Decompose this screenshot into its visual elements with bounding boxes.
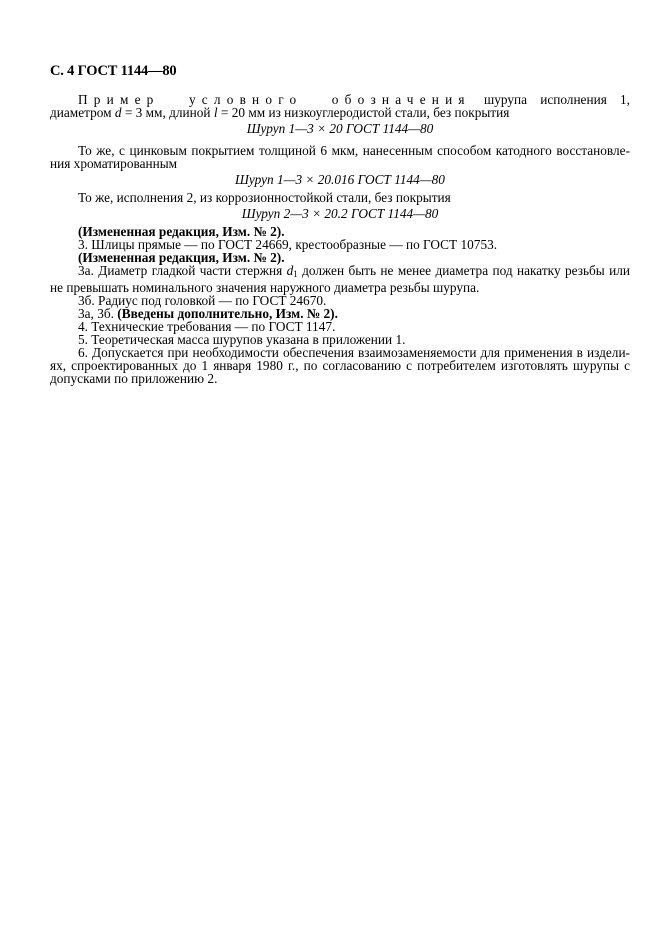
stainless-paragraph: То же, исполнения 2, из коррозионностойк… <box>50 191 630 204</box>
zinc-coating-paragraph: То же, с цинковым покрытием толщиной 6 м… <box>50 144 630 170</box>
designation-example-2: Шуруп 1—3 × 20.016 ГОСТ 1144—80 <box>50 170 630 191</box>
document-body: Пример условного обозначения шурупа испо… <box>50 93 630 385</box>
item-6: 6. Допускается при необходимости обеспеч… <box>50 346 630 385</box>
item-3a: 3а. Диаметр гладкой части стержня d1 дол… <box>50 264 630 294</box>
designation-example-3: Шуруп 2—3 × 20.2 ГОСТ 1144—80 <box>50 204 630 225</box>
example-paragraph: Пример условного обозначения шурупа испо… <box>50 93 630 119</box>
page-header: С. 4 ГОСТ 1144—80 <box>50 63 176 80</box>
designation-example-1: Шуруп 1—3 × 20 ГОСТ 1144—80 <box>50 119 630 140</box>
variable-d: d <box>115 105 122 120</box>
